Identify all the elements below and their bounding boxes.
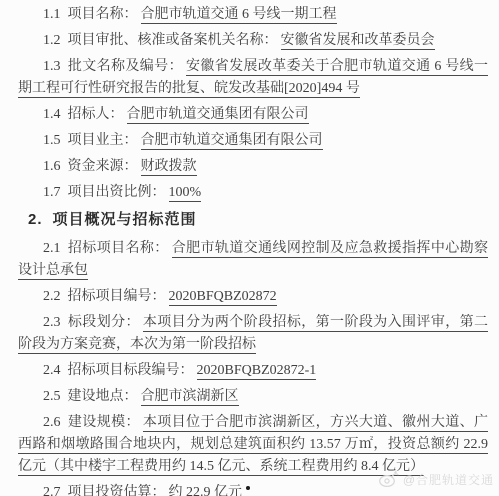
item-label: 标段划分： [68, 315, 140, 330]
item-value: 财政拨款 [141, 159, 197, 176]
doc-item-1-6: 1.6资金来源：财政拨款 [18, 156, 488, 178]
item-label: 招标项目编号： [68, 289, 166, 304]
doc-item-1-1: 1.1项目名称：合肥市轨道交通 6 号线一期工程 [18, 4, 488, 26]
item-label: 建设地点： [68, 389, 138, 404]
item-label: 招标项目名称： [68, 241, 169, 256]
item-label: 项目出资比例： [68, 185, 166, 200]
doc-item-2-2: 2.2招标项目编号：2020BFQBZ02872 [18, 286, 488, 308]
doc-item-2-3: 2.3标段划分：本项目分为两个阶段招标，第一阶段为入围评审，第二阶段为方案竞赛，… [18, 312, 488, 356]
doc-item-2-5: 2.5建设地点：合肥市滨湖新区 [18, 386, 488, 408]
item-value: 2020BFQBZ02872 [169, 289, 277, 306]
item-value: 约 22.9 亿元 [169, 485, 243, 496]
doc-item-1-3: 1.3批文名称及编号：安徽省发展改革委关于合肥市轨道交通 6 号线一期工程可行性… [18, 56, 488, 100]
item-number: 1.5 [43, 133, 61, 148]
item-number: 2.4 [43, 363, 61, 378]
document-content: 1.1项目名称：合肥市轨道交通 6 号线一期工程 1.2项目审批、核准或备案机关… [0, 0, 499, 496]
weibo-logo-icon [378, 470, 400, 488]
watermark-text: @合肥轨道交通 [403, 471, 494, 488]
item-value: 合肥市轨道交通 6 号线一期工程 [141, 7, 337, 24]
item-label: 项目业主： [68, 133, 138, 148]
section-heading-text: 项目概况与招标范围 [53, 211, 197, 228]
section-heading-number: 2. [28, 211, 43, 228]
doc-item-1-2: 1.2项目审批、核准或备案机关名称：安徽省发展和改革委员会 [18, 30, 488, 52]
item-label: 招标人： [68, 107, 124, 122]
item-value: 合肥市轨道交通集团有限公司 [127, 107, 309, 124]
item-value: 安徽省发展和改革委员会 [281, 33, 435, 50]
doc-item-2-4: 2.4招标项目标段编号：2020BFQBZ02872-1 [18, 360, 488, 382]
item-number: 2.6 [43, 415, 61, 430]
item-label: 项目审批、核准或备案机关名称： [68, 33, 278, 48]
item-number: 1.6 [43, 159, 61, 174]
item-number: 2.2 [43, 289, 61, 304]
item-number: 1.1 [43, 7, 61, 22]
item-number: 1.3 [43, 59, 61, 74]
item-label: 建设规模： [68, 415, 140, 430]
item-number: 1.4 [43, 107, 61, 122]
doc-item-2-6: 2.6建设规模：本项目位于合肥市滨湖新区，方兴大道、徽州大道、广西路和烟墩路围合… [18, 412, 488, 478]
page-separator-dot [246, 486, 250, 490]
weibo-watermark: @合肥轨道交通 [378, 470, 494, 488]
item-number: 2.1 [43, 241, 61, 256]
item-number: 2.7 [43, 485, 61, 496]
item-number: 2.5 [43, 389, 61, 404]
item-label: 资金来源： [68, 159, 138, 174]
item-value: 100% [169, 185, 202, 202]
item-number: 1.7 [43, 185, 61, 200]
doc-item-1-5: 1.5项目业主：合肥市轨道交通集团有限公司 [18, 130, 488, 152]
doc-item-1-7: 1.7项目出资比例：100% [18, 182, 488, 204]
item-label: 批文名称及编号： [68, 59, 183, 74]
item-value: 合肥市轨道交通集团有限公司 [141, 133, 323, 150]
doc-item-2-1: 2.1招标项目名称：合肥市轨道交通线网控制及应急救援指挥中心勘察设计总承包 [18, 238, 488, 282]
doc-item-1-4: 1.4招标人：合肥市轨道交通集团有限公司 [18, 104, 488, 126]
section-2-heading: 2.项目概况与招标范围 [28, 210, 488, 230]
item-label: 项目名称： [68, 7, 138, 22]
document-page: 1.1项目名称：合肥市轨道交通 6 号线一期工程 1.2项目审批、核准或备案机关… [0, 0, 499, 496]
item-label: 项目投资估算： [68, 485, 166, 496]
item-number: 2.3 [43, 315, 61, 330]
item-value: 合肥市滨湖新区 [141, 389, 239, 406]
item-number: 1.2 [43, 33, 61, 48]
item-value: 2020BFQBZ02872-1 [197, 363, 317, 380]
item-label: 招标项目标段编号： [68, 363, 194, 378]
